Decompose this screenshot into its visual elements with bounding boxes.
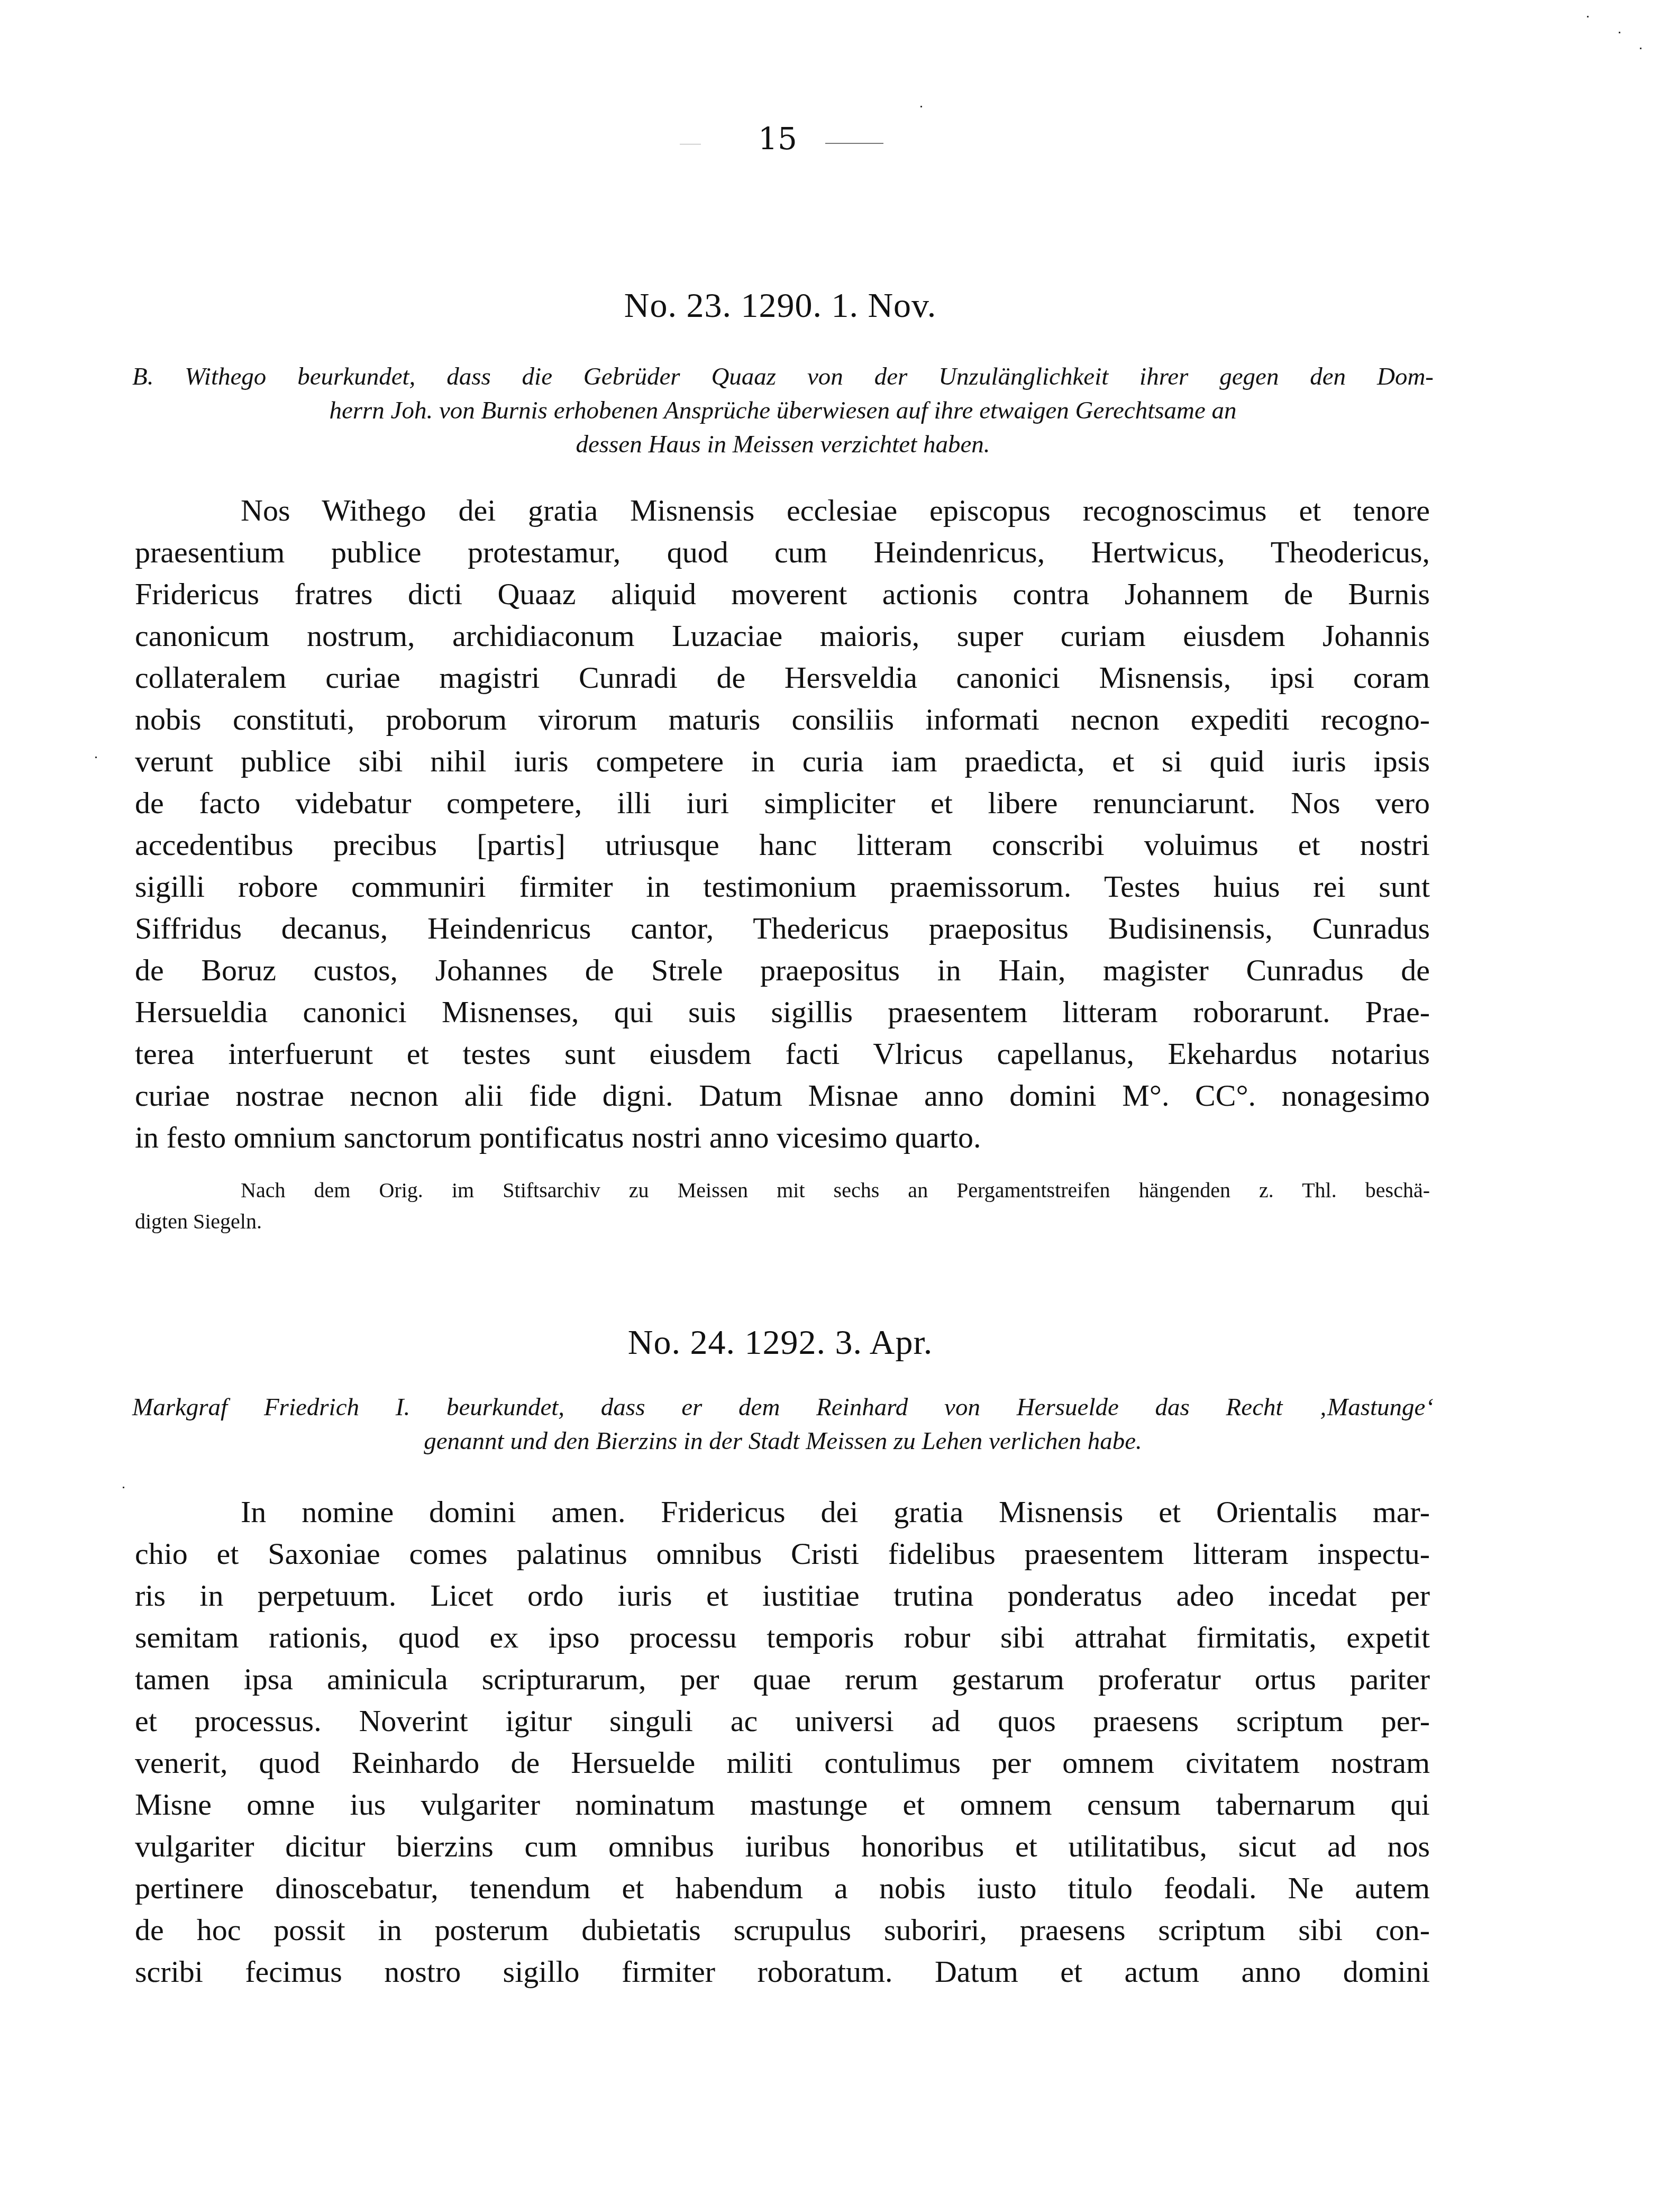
- body-line: Nos Withego dei gratia Misnensis ecclesi…: [135, 489, 1430, 531]
- document-footnote: Nach dem Orig. im Stiftsarchiv zu Meisse…: [135, 1175, 1430, 1237]
- body-line: praesentium publice protestamur, quod cu…: [135, 531, 1430, 573]
- body-line: curiae nostrae necnon alii fide digni. D…: [135, 1075, 1430, 1116]
- document-summary: B. Withego beurkundet, dass die Gebrüder…: [132, 360, 1434, 461]
- document-heading: No. 24. 1292. 3. Apr.: [0, 1323, 1561, 1363]
- summary-line: genannt und den Bierzins in der Stadt Me…: [132, 1424, 1434, 1458]
- body-line: Misne omne ius vulgariter nominatum mast…: [135, 1783, 1430, 1825]
- summary-line: dessen Haus in Meissen verzichtet haben.: [132, 427, 1434, 461]
- scan-speck: [95, 757, 97, 758]
- scan-speck: [123, 1487, 124, 1488]
- body-line: Siffridus decanus, Heindenricus cantor, …: [135, 907, 1430, 949]
- body-line: pertinere dinoscebatur, tenendum et habe…: [135, 1867, 1430, 1909]
- summary-line: B. Withego beurkundet, dass die Gebrüder…: [132, 360, 1434, 394]
- body-line: semitam rationis, quod ex ipso processu …: [135, 1616, 1430, 1658]
- page-number-rule-right: [825, 143, 883, 144]
- body-line: vulgariter dicitur bierzins cum omnibus …: [135, 1825, 1430, 1867]
- body-line: accedentibus precibus [partis] utriusque…: [135, 824, 1430, 866]
- body-line: verunt publice sibi nihil iuris competer…: [135, 740, 1430, 782]
- body-line: chio et Saxoniae comes palatinus omnibus…: [135, 1533, 1430, 1574]
- body-line: venerit, quod Reinhardo de Hersuelde mil…: [135, 1742, 1430, 1783]
- scan-speck: [1619, 32, 1620, 33]
- body-line: de Boruz custos, Johannes de Strele prae…: [135, 949, 1430, 991]
- page-number: 15: [0, 121, 1555, 157]
- document-heading: No. 23. 1290. 1. Nov.: [0, 286, 1561, 326]
- summary-line: Markgraf Friedrich I. beurkundet, dass e…: [132, 1390, 1434, 1424]
- body-line: sigilli robore communiri firmiter in tes…: [135, 866, 1430, 907]
- body-line: canonicum nostrum, archidiaconum Luzacia…: [135, 615, 1430, 657]
- body-line: scribi fecimus nostro sigillo firmiter r…: [135, 1951, 1430, 1992]
- document-body: In nomine domini amen. Fridericus dei gr…: [135, 1491, 1430, 1992]
- summary-line: herrn Joh. von Burnis erhobenen Ansprüch…: [132, 394, 1434, 427]
- scan-speck: [920, 106, 922, 107]
- body-line: de facto videbatur competere, illi iuri …: [135, 782, 1430, 824]
- scan-speck: [1587, 16, 1589, 17]
- body-line: Hersueldia canonici Misnenses, qui suis …: [135, 991, 1430, 1033]
- document-body: Nos Withego dei gratia Misnensis ecclesi…: [135, 489, 1430, 1158]
- body-line: Fridericus fratres dicti Quaaz aliquid m…: [135, 573, 1430, 615]
- body-line: terea interfuerunt et testes sunt eiusde…: [135, 1033, 1430, 1075]
- body-line: In nomine domini amen. Fridericus dei gr…: [135, 1491, 1430, 1533]
- body-line: de hoc possit in posterum dubietatis scr…: [135, 1909, 1430, 1951]
- body-line: in festo omnium sanctorum pontificatus n…: [135, 1116, 1430, 1158]
- footnote-line: Nach dem Orig. im Stiftsarchiv zu Meisse…: [135, 1175, 1430, 1206]
- body-line: et processus. Noverint igitur singuli ac…: [135, 1700, 1430, 1742]
- body-line: nobis constituti, proborum virorum matur…: [135, 698, 1430, 740]
- body-line: ris in perpetuum. Licet ordo iuris et iu…: [135, 1574, 1430, 1616]
- document-summary: Markgraf Friedrich I. beurkundet, dass e…: [132, 1390, 1434, 1458]
- scan-speck: [1640, 48, 1641, 49]
- footnote-line: digten Siegeln.: [135, 1206, 1430, 1237]
- body-line: collateralem curiae magistri Cunradi de …: [135, 657, 1430, 698]
- body-line: tamen ipsa aminicula scripturarum, per q…: [135, 1658, 1430, 1700]
